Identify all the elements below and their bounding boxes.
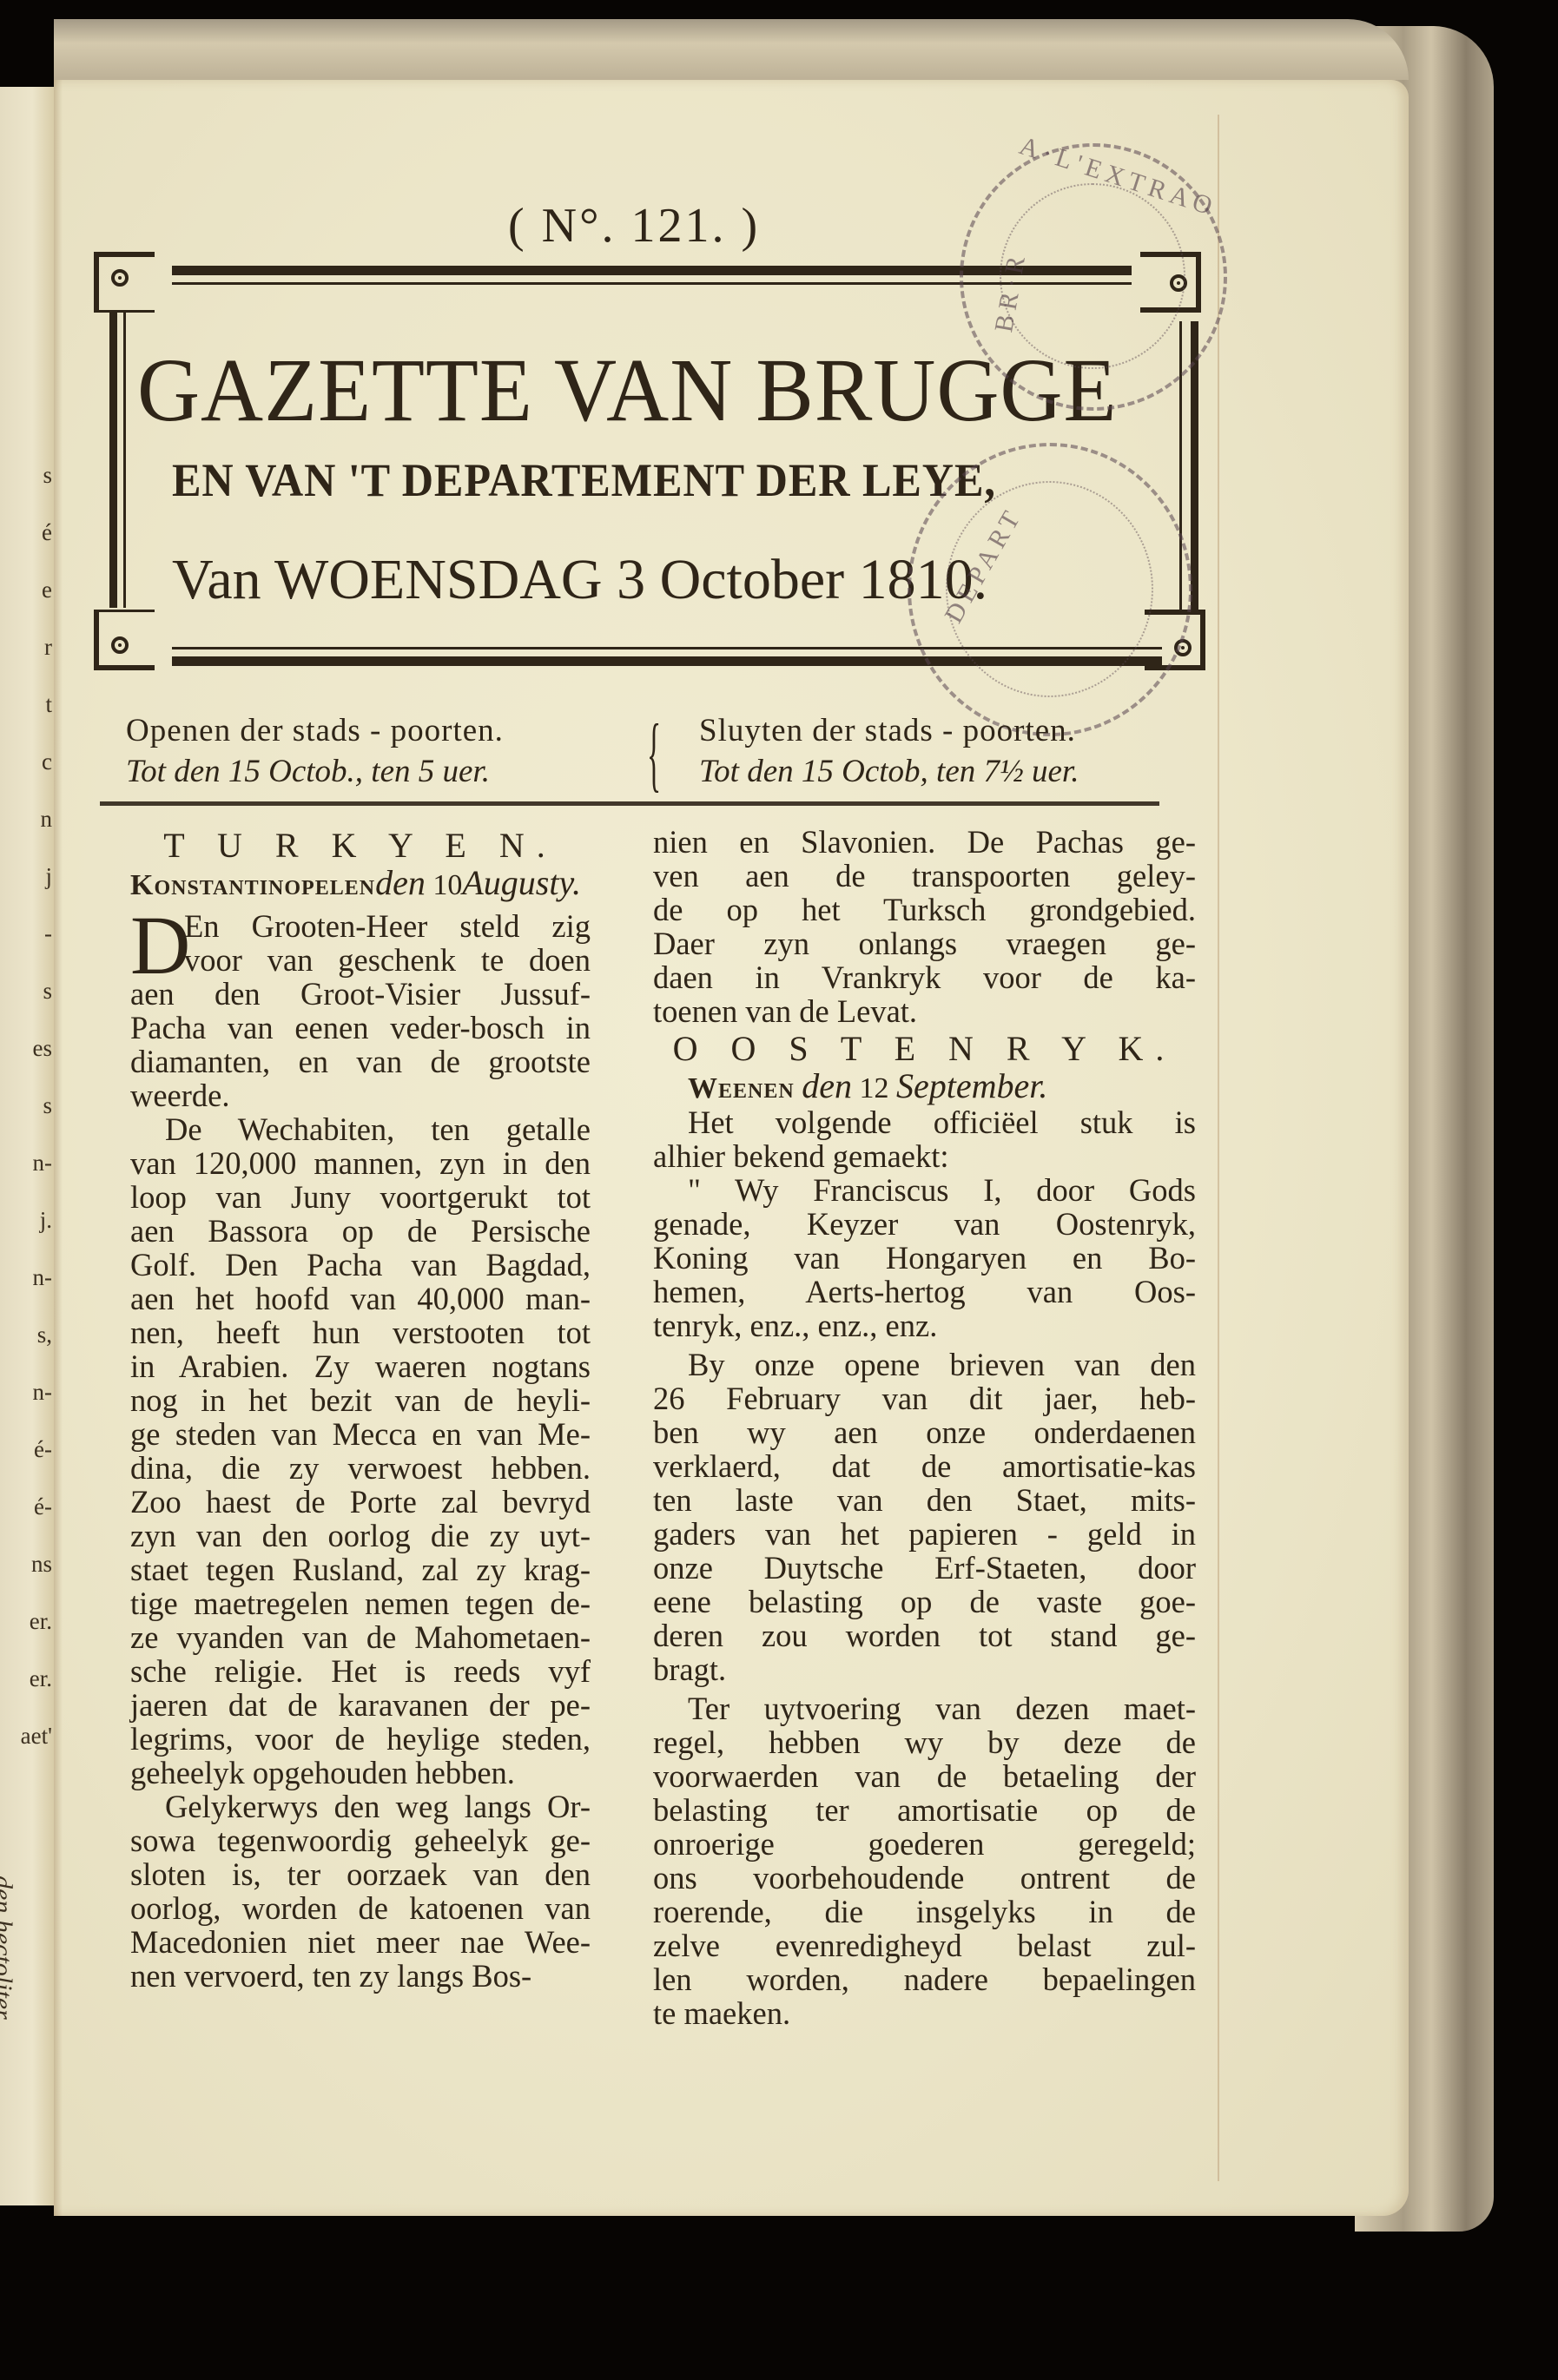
paragraph: Het volgende officiëel stuk isalhier bek…: [653, 1105, 1196, 1173]
ornament-corner-icon: [1140, 252, 1201, 313]
page-stack-top-edge: [54, 19, 1409, 80]
text-line: te maeken.: [653, 1996, 1196, 2030]
previous-page-fragment: ns: [0, 1549, 56, 1579]
previous-page-fragment: -: [0, 919, 56, 948]
text-line: Pacha van eenen veder-bosch in: [130, 1011, 591, 1045]
text-line: tige maetregelen nemen tegen de-: [130, 1586, 591, 1620]
text-line: Daer zyn onlangs vraegen ge-: [653, 926, 1196, 960]
text-line: deren zou worden tot stand ge-: [653, 1619, 1196, 1652]
masthead-rule-bottom: [172, 656, 1162, 666]
text-line: hemen, Aerts-hertog van Oos-: [653, 1275, 1196, 1309]
text-line: nen vervoerd, ten zy langs Bos-: [130, 1959, 591, 1993]
previous-page-fragment: s,: [0, 1320, 56, 1349]
masthead-rule-top-thin: [172, 282, 1132, 285]
paragraph: By onze opene brieven van den26 February…: [653, 1348, 1196, 1686]
text-line: loop van Juny voortgerukt tot: [130, 1180, 591, 1214]
brace-divider-icon: {: [647, 719, 661, 788]
text-line: eene belasting op de vaste goe-: [653, 1585, 1196, 1619]
newspaper-title: GAZETTE VAN BRUGGE: [137, 339, 1138, 442]
text-line: Het volgende officiëel stuk is: [653, 1105, 1196, 1139]
previous-page-fragment: s: [0, 460, 56, 490]
previous-page-fragment: é: [0, 518, 56, 547]
previous-page-fragment: c: [0, 747, 56, 776]
previous-page-sliver: séertcnj-sessn-j.n-s,n-é-é-nser.er.aet' …: [0, 87, 56, 2205]
text-line: ten laste van den Staet, mits-: [653, 1483, 1196, 1517]
paragraph: " Wy Franciscus I, door Godsgenade, Keyz…: [653, 1173, 1196, 1342]
text-line: sowa tegenwoordig geheelyk ge-: [130, 1823, 591, 1857]
previous-page-fragment: t: [0, 689, 56, 719]
previous-page-fragment: s: [0, 1091, 56, 1120]
text-line: ge steden van Mecca en van Me-: [130, 1417, 591, 1451]
page-gutter: [54, 80, 63, 2216]
previous-page-rotated-text: den hectoliter.: [0, 1876, 17, 2023]
previous-page-fragment: er.: [0, 1664, 56, 1693]
masthead-rule-right-thin: [1179, 321, 1182, 612]
gate-opening-heading: Openen der stads - poorten.: [126, 712, 504, 749]
text-line: zelve evenredigheyd belast zul-: [653, 1928, 1196, 1962]
text-line: tenryk, enz., enz., enz.: [653, 1309, 1196, 1342]
masthead-rule-top: [172, 266, 1132, 275]
text-line: van 120,000 mannen, zyn in den: [130, 1146, 591, 1180]
previous-page-fragment: é-: [0, 1434, 56, 1464]
issue-number: ( N°. 121. ): [508, 198, 760, 254]
text-line: toenen van de Levat.: [653, 994, 1196, 1028]
text-line: onroerige goederen geregeld;: [653, 1827, 1196, 1861]
previous-page-fragment: e: [0, 575, 56, 604]
text-line: roerende, die insgelyks in de: [653, 1895, 1196, 1928]
paragraph: De Wechabiten, ten getallevan 120,000 ma…: [130, 1112, 591, 1790]
paragraph: Ter uytvoering van dezen maet-regel, heb…: [653, 1691, 1196, 2030]
text-line: zyn van den oorlog die zy uyt-: [130, 1519, 591, 1553]
text-line: ben wy aen onze onderdaenen: [653, 1415, 1196, 1449]
gate-closing: Sluyten der stads - poorten. Tot den 15 …: [699, 712, 1079, 790]
text-line: oorlog, worden de katoenen van: [130, 1891, 591, 1925]
text-line: nog in het bezit van de heyli-: [130, 1383, 591, 1417]
text-line: weerde.: [130, 1078, 591, 1112]
text-line: By onze opene brieven van den: [653, 1348, 1196, 1381]
text-line: verklaerd, dat de amortisatie-kas: [653, 1449, 1196, 1483]
text-line: Golf. Den Pacha van Bagdad,: [130, 1248, 591, 1282]
text-line: regel, hebben wy by deze de: [653, 1725, 1196, 1759]
previous-page-fragment: aet': [0, 1721, 56, 1750]
text-line: Ter uytvoering van dezen maet-: [653, 1691, 1196, 1725]
masthead-rule-left: [109, 313, 117, 608]
text-line: Koning van Hongaryen en Bo-: [653, 1241, 1196, 1275]
ornament-corner-icon: [1145, 610, 1205, 670]
text-line: ven aen de transpoorten geley-: [653, 859, 1196, 893]
text-line: dina, die zy verwoest hebben.: [130, 1451, 591, 1485]
paragraph: D En Grooten-Heer steld zigvoor van gesc…: [130, 909, 591, 1112]
text-line: Macedonien niet meer nae Wee-: [130, 1925, 591, 1959]
previous-page-fragment: é-: [0, 1492, 56, 1521]
previous-page-fragment: r: [0, 632, 56, 662]
text-line: daen in Vrankryk voor de ka-: [653, 960, 1196, 994]
text-line: nen, heeft hun verstooten tot: [130, 1315, 591, 1349]
text-line: belasting ter amortisatie op de: [653, 1793, 1196, 1827]
text-line: voorwaerden van de betaeling der: [653, 1759, 1196, 1793]
previous-page-fragment: n-: [0, 1148, 56, 1177]
masthead-rule-left-thin: [123, 313, 126, 608]
text-line: onze Duytsche Erf-Staeten, door: [653, 1551, 1196, 1585]
ornament-corner-icon: [94, 252, 155, 313]
text-line: in Arabien. Zy waeren nogtans: [130, 1349, 591, 1383]
text-line: staet tegen Rusland, zal zy krag-: [130, 1553, 591, 1586]
gate-closing-time: Tot den 15 Octob, ten 7½ uer.: [699, 753, 1079, 790]
masthead: GAZETTE VAN BRUGGE EN VAN 'T DEPARTEMENT…: [94, 252, 1231, 669]
section-heading-oostenryk: O O S T E N R Y K.: [653, 1032, 1196, 1065]
previous-page-fragment: n-: [0, 1263, 56, 1292]
text-line: ze vyanden van de Mahometaen-: [130, 1620, 591, 1654]
text-line: gaders van het papieren - geld in: [653, 1517, 1196, 1551]
article-column-left: T U R K Y E N. Konstantinopelenden 10Aug…: [130, 825, 591, 1993]
text-line: bragt.: [653, 1652, 1196, 1686]
text-line: aen den Groot-Visier Jussuf-: [130, 977, 591, 1011]
section-heading-turkyen: T U R K Y E N.: [130, 828, 591, 862]
text-line: de op het Turksch grondgebied.: [653, 893, 1196, 926]
ornament-corner-icon: [94, 610, 155, 670]
article-column-right: nien en Slavonien. De Pachas ge-ven aen …: [653, 825, 1196, 2030]
newspaper-subtitle: EN VAN 'T DEPARTEMENT DER LEYE,: [172, 453, 996, 507]
drop-cap: D: [130, 911, 190, 980]
text-line: len worden, nadere bepaelingen: [653, 1962, 1196, 1996]
text-line: sloten is, ter oorzaek van den: [130, 1857, 591, 1891]
gate-opening: Openen der stads - poorten. Tot den 15 O…: [126, 712, 504, 790]
text-line: Zoo haest de Porte zal bevryd: [130, 1485, 591, 1519]
previous-page-fragment: n: [0, 804, 56, 834]
previous-page-fragment: es: [0, 1033, 56, 1063]
masthead-rule-bottom-thin: [172, 647, 1162, 649]
text-line: geheelyk opgehouden hebben.: [130, 1756, 591, 1790]
text-line: " Wy Franciscus I, door Gods: [653, 1173, 1196, 1207]
previous-page-fragment: n-: [0, 1377, 56, 1407]
text-line: De Wechabiten, ten getalle: [130, 1112, 591, 1146]
previous-page-fragment: s: [0, 976, 56, 1005]
text-line: voor van geschenk te doen: [130, 943, 591, 977]
paragraph: Gelykerwys den weg langs Or-sowa tegenwo…: [130, 1790, 591, 1993]
gate-opening-time: Tot den 15 Octob., ten 5 uer.: [126, 753, 504, 790]
issue-dateline: Van WOENSDAG 3 October 1810.: [172, 547, 987, 613]
text-line: aen het hoofd van 40,000 man-: [130, 1282, 591, 1315]
previous-page-fragment: j: [0, 861, 56, 891]
previous-page-fragment: er.: [0, 1606, 56, 1636]
text-line: diamanten, en van de grootste: [130, 1045, 591, 1078]
text-line: sche religie. Het is reeds vyf: [130, 1654, 591, 1688]
paragraph: nien en Slavonien. De Pachas ge-ven aen …: [653, 825, 1196, 1028]
text-line: jaeren dat de karavanen der pe-: [130, 1688, 591, 1722]
text-line: alhier bekend gemaekt:: [653, 1139, 1196, 1173]
gates-rule: [100, 801, 1159, 806]
masthead-rule-right: [1191, 321, 1198, 612]
previous-page-fragment: j.: [0, 1205, 56, 1235]
text-line: genade, Keyzer van Oostenryk,: [653, 1207, 1196, 1241]
text-line: ons voorbehoudende ontrent de: [653, 1861, 1196, 1895]
dateline-konstantinopelen: Konstantinopelenden 10Augusty.: [130, 866, 591, 902]
text-line: En Grooten-Heer steld zig: [130, 909, 591, 943]
text-line: aen Bassora op de Persische: [130, 1214, 591, 1248]
text-line: Gelykerwys den weg langs Or-: [130, 1790, 591, 1823]
gate-closing-heading: Sluyten der stads - poorten.: [699, 712, 1079, 749]
text-line: nien en Slavonien. De Pachas ge-: [653, 825, 1196, 859]
text-line: legrims, voor de heylige steden,: [130, 1722, 591, 1756]
text-line: 26 February van dit jaer, heb-: [653, 1381, 1196, 1415]
dateline-weenen: Weenen den 12 September.: [653, 1069, 1196, 1105]
